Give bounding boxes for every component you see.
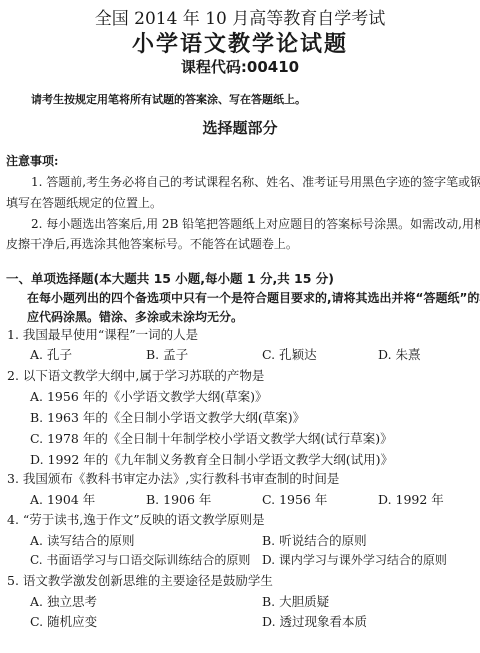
question-stem: 2. 以下语文教学大纲中,属于学习苏联的产物是	[7, 366, 264, 384]
option-d: D. 课内学习与课外学习结合的原则	[262, 551, 447, 568]
note-1-line-2: 填写在答题纸规定的位置上。	[6, 194, 162, 211]
option-c: C. 书面语学习与口语交际训练结合的原则	[30, 551, 250, 568]
option-c: C. 1978 年的《全日制十年制学校小学语文教学大纲(试行草案)》	[30, 429, 393, 447]
option-d: D. 朱熹	[378, 345, 421, 363]
option-b: B. 孟子	[146, 345, 188, 363]
option-b: B. 大胆质疑	[262, 592, 329, 610]
option-b: B. 1906 年	[146, 490, 211, 508]
part-one-heading: 一、单项选择题(本大题共 15 小题,每小题 1 分,共 15 分)	[6, 269, 334, 287]
option-d: D. 1992 年	[378, 490, 444, 508]
note-1-line-1: 1. 答题前,考生务必将自己的考试课程名称、姓名、准考证号用黑色字迹的签字笔或钢…	[31, 173, 480, 190]
option-d: D. 透过现象看本质	[262, 612, 367, 630]
course-code: 课程代码:00410	[0, 56, 480, 77]
question-stem: 3. 我国颁布《教科书审定办法》,实行教科书审查制的时间是	[7, 469, 339, 487]
note-2-line-1: 2. 每小题选出答案后,用 2B 铅笔把答题纸上对应题目的答案标号涂黑。如需改动…	[31, 215, 480, 232]
part-one-desc-line-2: 应代码涂黑。错涂、多涂或未涂均无分。	[27, 308, 243, 325]
question-stem: 5. 语文教学激发创新思维的主要途径是鼓励学生	[7, 571, 273, 589]
option-a: A. 独立思考	[30, 592, 97, 610]
notes-heading: 注意事项:	[6, 152, 58, 169]
option-c: C. 1956 年	[262, 490, 327, 508]
question-stem: 1. 我国最早使用“课程”一词的人是	[7, 325, 198, 343]
note-2-line-2: 皮擦干净后,再选涂其他答案标号。不能答在试题卷上。	[6, 235, 298, 252]
general-instruction: 请考生按规定用笔将所有试题的答案涂、写在答题纸上。	[31, 91, 306, 107]
option-a: A. 读写结合的原则	[30, 531, 134, 549]
option-c: C. 随机应变	[30, 612, 97, 630]
option-b: B. 听说结合的原则	[262, 531, 367, 549]
part-one-desc-line-1: 在每小题列出的四个备选项中只有一个是符合题目要求的,请将其选出并将“答题纸”的相	[27, 289, 480, 306]
question-stem: 4. “劳于读书,逸于作文”反映的语文教学原则是	[7, 510, 265, 528]
option-a: A. 1904 年	[30, 490, 95, 508]
exam-title: 小学语文教学论试题	[0, 27, 480, 58]
option-a: A. 孔子	[30, 345, 72, 363]
option-a: A. 1956 年的《小学语文教学大纲(草案)》	[30, 387, 268, 405]
option-c: C. 孔颖达	[262, 345, 317, 363]
option-b: B. 1963 年的《全日制小学语文教学大纲(草案)》	[30, 408, 305, 426]
section-title: 选择题部分	[0, 117, 480, 138]
option-d: D. 1992 年的《九年制义务教育全日制小学语文教学大纲(试用)》	[30, 450, 393, 468]
exam-header: 全国 2014 年 10 月高等教育自学考试	[0, 4, 480, 29]
